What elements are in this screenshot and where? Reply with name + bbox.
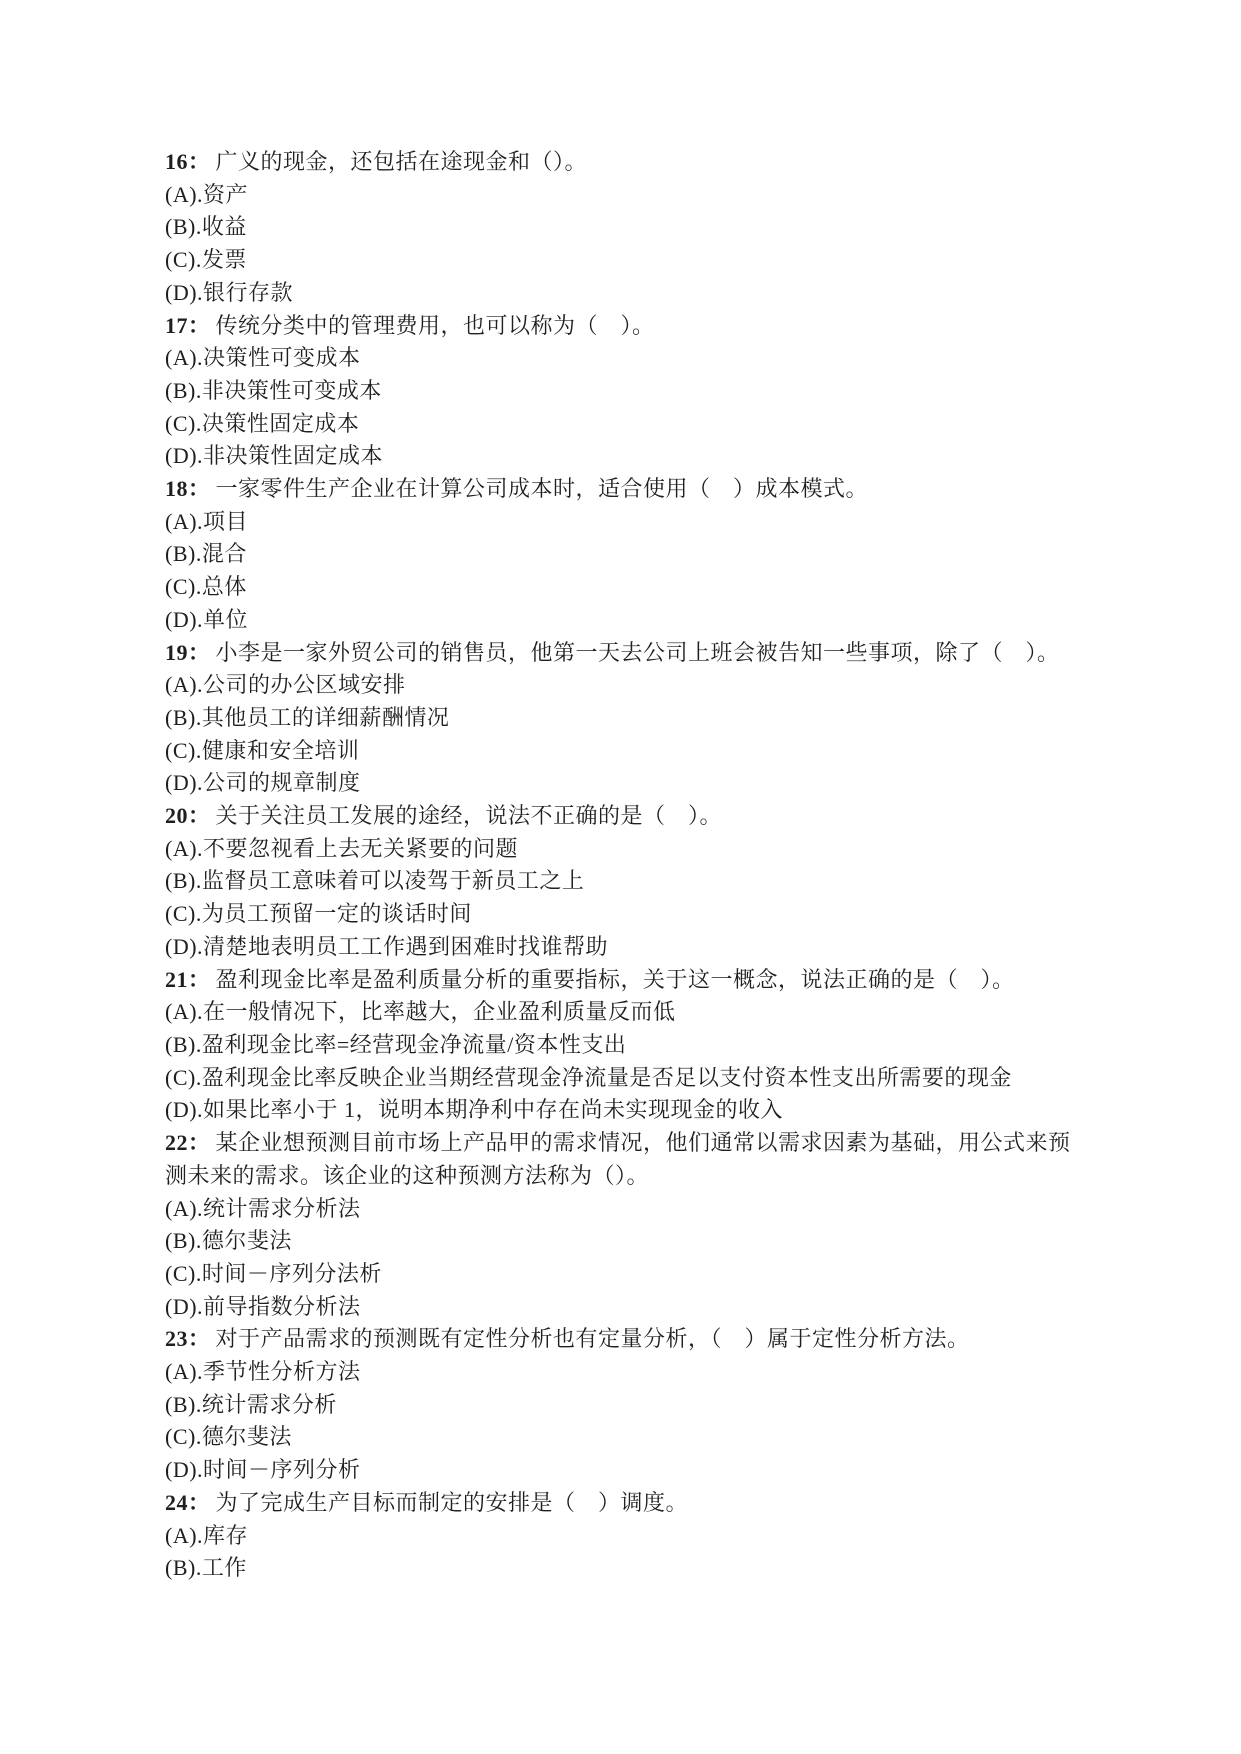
question-22: 22：某企业想预测目前市场上产品甲的需求情况，他们通常以需求因素为基础，用公式来… xyxy=(165,1127,1145,1323)
question-19-option-d: (D).公司的规章制度 xyxy=(165,767,1145,800)
question-19-option-b: (B).其他员工的详细薪酬情况 xyxy=(165,702,1145,735)
question-24-option-b: (B).工作 xyxy=(165,1552,1145,1585)
question-21-option-a: (A).在一般情况下，比率越大，企业盈利质量反而低 xyxy=(165,996,1145,1029)
question-22-option-a: (A).统计需求分析法 xyxy=(165,1193,1145,1226)
question-20-option-a: (A).不要忽视看上去无关紧要的问题 xyxy=(165,833,1145,866)
question-18-body: 一家零件生产企业在计算公司成本时，适合使用（ ）成本模式。 xyxy=(216,476,869,501)
question-21-number: 21： xyxy=(165,967,211,992)
question-22-text: 22：某企业想预测目前市场上产品甲的需求情况，他们通常以需求因素为基础，用公式来… xyxy=(165,1127,1145,1192)
question-21-body: 盈利现金比率是盈利质量分析的重要指标，关于这一概念，说法正确的是（ ）。 xyxy=(216,967,1015,992)
question-17-option-d: (D).非决策性固定成本 xyxy=(165,440,1145,473)
question-20-number: 20： xyxy=(165,803,211,828)
question-17-text: 17：传统分类中的管理费用，也可以称为（ ）。 xyxy=(165,310,1145,343)
question-list: 16：广义的现金，还包括在途现金和（）。 (A).资产 (B).收益 (C).发… xyxy=(165,146,1145,1585)
question-23-option-a: (A).季节性分析方法 xyxy=(165,1356,1145,1389)
question-23: 23：对于产品需求的预测既有定性分析也有定量分析，（ ）属于定性分析方法。 (A… xyxy=(165,1323,1145,1487)
question-16-number: 16： xyxy=(165,149,211,174)
question-19-number: 19： xyxy=(165,640,211,665)
question-16-option-d: (D).银行存款 xyxy=(165,277,1145,310)
question-22-option-b: (B).德尔斐法 xyxy=(165,1225,1145,1258)
question-22-number: 22： xyxy=(165,1130,211,1155)
question-20-text: 20：关于关注员工发展的途经，说法不正确的是（ ）。 xyxy=(165,800,1145,833)
question-23-body: 对于产品需求的预测既有定性分析也有定量分析，（ ）属于定性分析方法。 xyxy=(216,1326,970,1351)
question-24-number: 24： xyxy=(165,1490,211,1515)
question-17-body: 传统分类中的管理费用，也可以称为（ ）。 xyxy=(216,313,655,338)
question-16-option-b: (B).收益 xyxy=(165,211,1145,244)
question-19-option-c: (C).健康和安全培训 xyxy=(165,735,1145,768)
question-19: 19：小李是一家外贸公司的销售员，他第一天去公司上班会被告知一些事项，除了（ ）… xyxy=(165,637,1145,801)
question-17: 17：传统分类中的管理费用，也可以称为（ ）。 (A).决策性可变成本 (B).… xyxy=(165,310,1145,474)
question-19-body: 小李是一家外贸公司的销售员，他第一天去公司上班会被告知一些事项，除了（ ）。 xyxy=(216,640,1060,665)
question-21: 21：盈利现金比率是盈利质量分析的重要指标，关于这一概念，说法正确的是（ ）。 … xyxy=(165,964,1145,1128)
question-17-option-b: (B).非决策性可变成本 xyxy=(165,375,1145,408)
question-18-option-b: (B).混合 xyxy=(165,538,1145,571)
question-21-text: 21：盈利现金比率是盈利质量分析的重要指标，关于这一概念，说法正确的是（ ）。 xyxy=(165,964,1145,997)
question-21-option-c: (C).盈利现金比率反映企业当期经营现金净流量是否足以支付资本性支出所需要的现金 xyxy=(165,1062,1145,1095)
question-20-body: 关于关注员工发展的途经，说法不正确的是（ ）。 xyxy=(216,803,723,828)
question-22-option-c: (C).时间－序列分法析 xyxy=(165,1258,1145,1291)
question-23-option-c: (C).德尔斐法 xyxy=(165,1421,1145,1454)
question-23-text: 23：对于产品需求的预测既有定性分析也有定量分析，（ ）属于定性分析方法。 xyxy=(165,1323,1145,1356)
question-24-body: 为了完成生产目标而制定的安排是（ ）调度。 xyxy=(216,1490,689,1515)
question-20: 20：关于关注员工发展的途经，说法不正确的是（ ）。 (A).不要忽视看上去无关… xyxy=(165,800,1145,964)
question-17-option-a: (A).决策性可变成本 xyxy=(165,342,1145,375)
question-19-option-a: (A).公司的办公区域安排 xyxy=(165,669,1145,702)
question-16-text: 16：广义的现金，还包括在途现金和（）。 xyxy=(165,146,1145,179)
question-17-number: 17： xyxy=(165,313,211,338)
question-19-text: 19：小李是一家外贸公司的销售员，他第一天去公司上班会被告知一些事项，除了（ ）… xyxy=(165,637,1145,670)
question-18: 18：一家零件生产企业在计算公司成本时，适合使用（ ）成本模式。 (A).项目 … xyxy=(165,473,1145,637)
question-21-option-d: (D).如果比率小于 1，说明本期净利中存在尚未实现现金的收入 xyxy=(165,1094,1145,1127)
question-18-option-c: (C).总体 xyxy=(165,571,1145,604)
question-17-option-c: (C).决策性固定成本 xyxy=(165,408,1145,441)
question-24: 24：为了完成生产目标而制定的安排是（ ）调度。 (A).库存 (B).工作 xyxy=(165,1487,1145,1585)
question-20-option-d: (D).清楚地表明员工工作遇到困难时找谁帮助 xyxy=(165,931,1145,964)
question-16-option-a: (A).资产 xyxy=(165,179,1145,212)
question-18-text: 18：一家零件生产企业在计算公司成本时，适合使用（ ）成本模式。 xyxy=(165,473,1145,506)
question-18-number: 18： xyxy=(165,476,211,501)
question-24-text: 24：为了完成生产目标而制定的安排是（ ）调度。 xyxy=(165,1487,1145,1520)
question-18-option-a: (A).项目 xyxy=(165,506,1145,539)
exam-page: 16：广义的现金，还包括在途现金和（）。 (A).资产 (B).收益 (C).发… xyxy=(0,0,1241,1754)
question-20-option-c: (C).为员工预留一定的谈话时间 xyxy=(165,898,1145,931)
question-23-option-b: (B).统计需求分析 xyxy=(165,1389,1145,1422)
question-16: 16：广义的现金，还包括在途现金和（）。 (A).资产 (B).收益 (C).发… xyxy=(165,146,1145,310)
question-22-option-d: (D).前导指数分析法 xyxy=(165,1291,1145,1324)
question-23-option-d: (D).时间－序列分析 xyxy=(165,1454,1145,1487)
question-20-option-b: (B).监督员工意味着可以凌驾于新员工之上 xyxy=(165,865,1145,898)
question-16-body: 广义的现金，还包括在途现金和（）。 xyxy=(216,149,588,174)
question-16-option-c: (C).发票 xyxy=(165,244,1145,277)
question-22-body: 某企业想预测目前市场上产品甲的需求情况，他们通常以需求因素为基础，用公式来预 测… xyxy=(165,1130,1071,1188)
question-24-option-a: (A).库存 xyxy=(165,1520,1145,1553)
question-18-option-d: (D).单位 xyxy=(165,604,1145,637)
question-21-option-b: (B).盈利现金比率=经营现金净流量/资本性支出 xyxy=(165,1029,1145,1062)
question-23-number: 23： xyxy=(165,1326,211,1351)
